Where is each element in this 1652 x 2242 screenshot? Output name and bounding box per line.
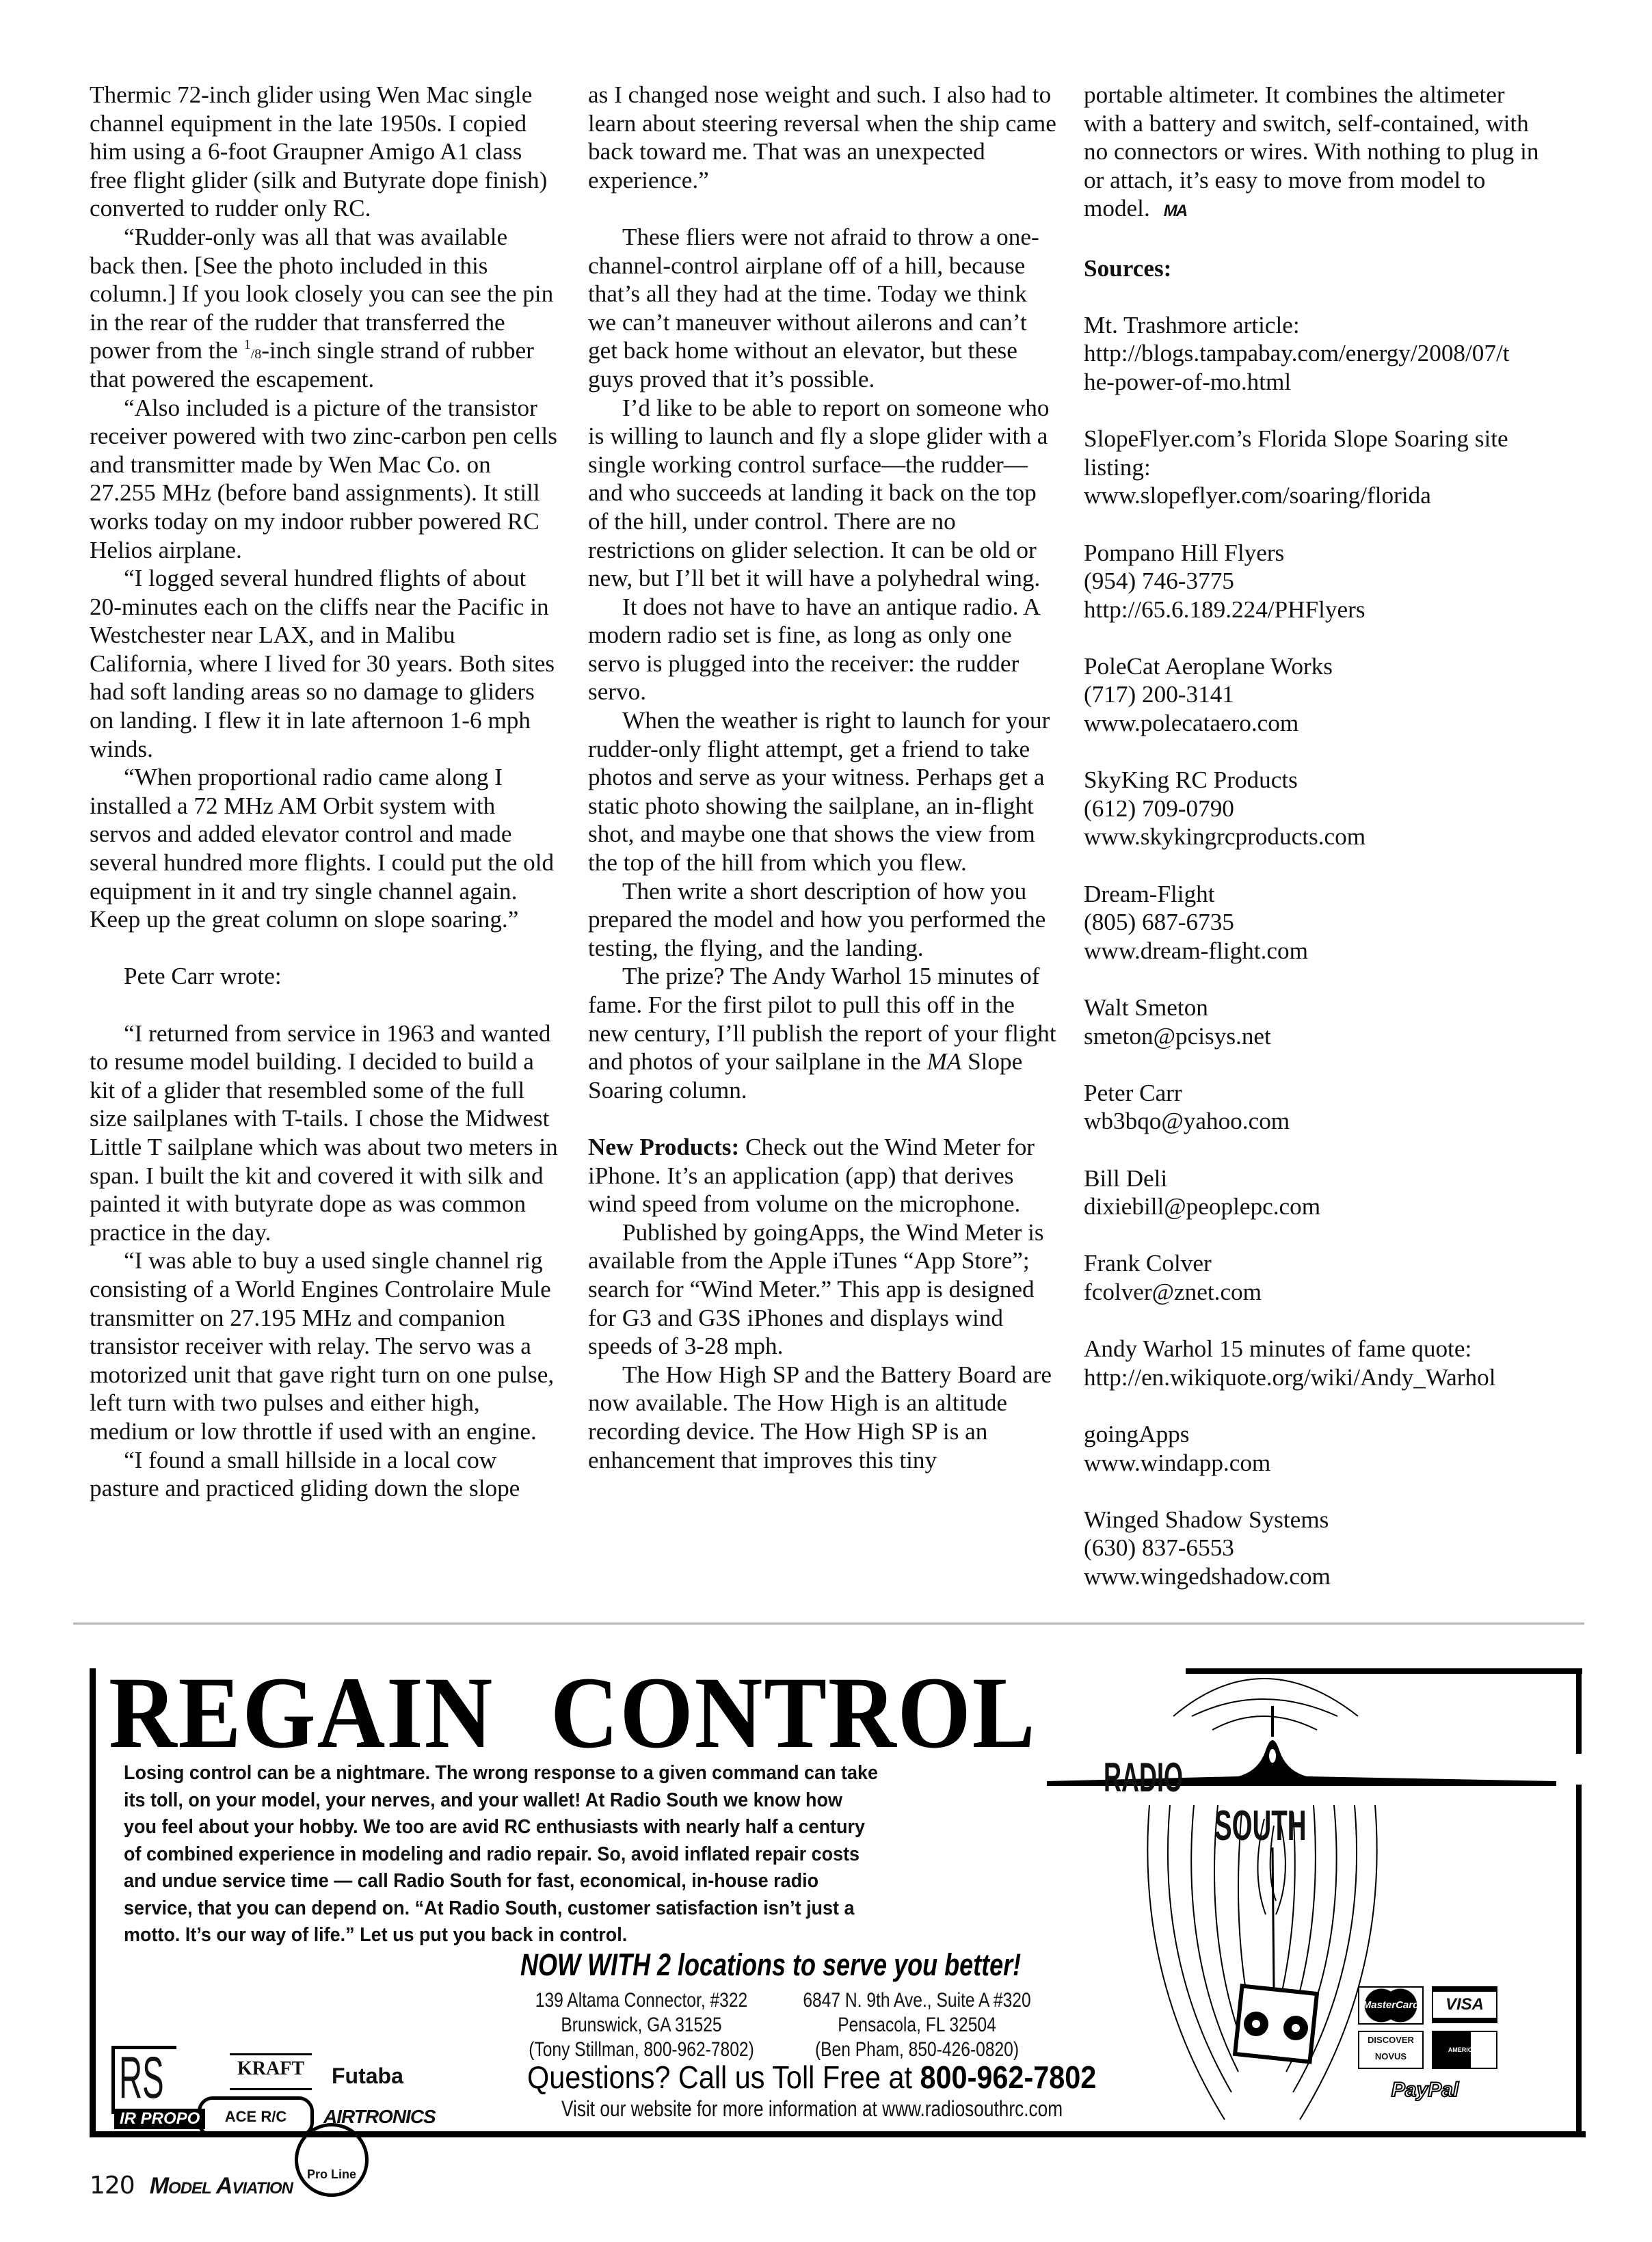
ad-body-line: of combined experience in modeling and r… <box>124 1841 944 1869</box>
paragraph: Published by goingApps, the Wind Meter i… <box>588 1218 1056 1361</box>
article-column-2: as I changed nose weight and such. I als… <box>588 81 1056 1474</box>
source-name: Pompano Hill Flyers <box>1084 539 1552 568</box>
ad-body-line: its toll, on your model, your nerves, an… <box>124 1787 944 1815</box>
mastercard-icon: MasterCard <box>1358 1986 1424 2025</box>
toll-free-phone[interactable]: 800-962-7802 <box>920 2059 1097 2095</box>
toll-free-text: Questions? Call us Toll Free at <box>527 2059 920 2095</box>
section-lead: New Products: <box>588 1134 739 1160</box>
paragraph: “I logged several hundred flights of abo… <box>90 564 558 763</box>
source-entry: Pompano Hill Flyers (954) 746-3775 http:… <box>1084 539 1552 624</box>
ad-headline: REGAINCONTROL <box>109 1662 1037 1764</box>
source-name: SlopeFlyer.com’s Florida Slope Soaring s… <box>1084 425 1552 453</box>
spacer <box>90 991 558 1019</box>
page-footer: 120Model Aviation <box>90 2172 293 2200</box>
contact-line: (Tony Stillman, 800-962-7802) <box>524 2038 759 2062</box>
source-entry: Winged Shadow Systems (630) 837-6553 www… <box>1084 1506 1552 1591</box>
source-entry: Andy Warhol 15 minutes of fame quote: ht… <box>1084 1335 1552 1391</box>
source-name: Frank Colver <box>1084 1249 1552 1278</box>
paragraph: “Also included is a picture of the trans… <box>90 394 558 565</box>
ad-body-text: and undue service time — call <box>124 1870 393 1892</box>
source-entry: Mt. Trashmore article: http://blogs.tamp… <box>1084 311 1552 397</box>
american-express-icon: AMERICAN EXPRESS Cards <box>1432 2031 1497 2069</box>
source-name: goingApps <box>1084 1420 1552 1449</box>
contact-line: (Ben Pham, 850-426-0820) <box>799 2038 1035 2062</box>
source-entry: Walt Smeton smeton@pcisys.net <box>1084 993 1552 1050</box>
spacer <box>90 934 558 963</box>
paragraph: Then write a short description of how yo… <box>588 877 1056 963</box>
futaba-logo: Futaba <box>332 2064 403 2089</box>
source-link[interactable]: www.dream-flight.com <box>1084 937 1552 965</box>
rs-logo-icon: RS <box>111 2046 176 2114</box>
magazine-abbrev: MA <box>927 1048 961 1075</box>
paragraph: Thermic 72-inch glider using Wen Mac sin… <box>90 81 558 223</box>
website-line[interactable]: Visit our website for more information a… <box>561 2096 1063 2121</box>
location-pensacola: 6847 N. 9th Ave., Suite A #320 Pensacola… <box>799 1988 1035 2062</box>
toll-free-line: Questions? Call us Toll Free at 800-962-… <box>527 2060 1096 2094</box>
source-entry: Peter Carr wb3bqo@yahoo.com <box>1084 1079 1552 1136</box>
kraft-logo: KRAFT <box>230 2053 312 2090</box>
source-phone: (805) 687-6735 <box>1084 908 1552 937</box>
source-entry: SkyKing RC Products (612) 709-0790 www.s… <box>1084 766 1552 851</box>
fraction-numerator: 1 <box>244 337 251 352</box>
ad-body-line: you feel about your hobby. We too are av… <box>124 1814 944 1841</box>
ad-border <box>90 1668 96 2137</box>
source-name: Dream-Flight <box>1084 880 1552 909</box>
source-entry: Bill Deli dixiebill@peoplepc.com <box>1084 1164 1552 1221</box>
paragraph: I’d like to be able to report on someone… <box>588 394 1056 593</box>
source-entry: Dream-Flight (805) 687-6735 www.dream-fl… <box>1084 880 1552 965</box>
address-line: Pensacola, FL 32504 <box>799 2013 1035 2038</box>
end-mark-icon: MA <box>1164 202 1186 220</box>
source-entry: SlopeFlyer.com’s Florida Slope Soaring s… <box>1084 425 1552 510</box>
source-link[interactable]: http://65.6.189.224/PHFlyers <box>1084 596 1552 624</box>
ad-body-line: motto. It’s our way of life.” Let us put… <box>124 1922 944 1949</box>
source-link[interactable]: www.polecataero.com <box>1084 709 1552 738</box>
paypal-icon: PayPal <box>1381 2079 1469 2102</box>
attribution-line: Pete Carr wrote: <box>90 962 558 991</box>
ad-body-text: for fast, economical, in-house radio <box>502 1870 818 1892</box>
source-link[interactable]: www.wingedshadow.com <box>1084 1562 1552 1591</box>
spacer <box>588 194 1056 223</box>
source-name: SkyKing RC Products <box>1084 766 1552 795</box>
magazine-name: Model Aviation <box>150 2173 293 2199</box>
section-divider <box>73 1623 1584 1625</box>
page-number: 120 <box>90 2172 135 2200</box>
headline-word: REGAIN <box>109 1656 494 1770</box>
source-name: PoleCat Aeroplane Works <box>1084 652 1552 681</box>
ad-body-line: and undue service time — call Radio Sout… <box>124 1868 944 1895</box>
airplane-radio-waves-icon <box>1033 1668 1580 2133</box>
source-link[interactable]: http://en.wikiquote.org/wiki/Andy_Warhol <box>1084 1363 1552 1392</box>
discover-novus-icon: DISCOVER NOVUS <box>1358 2031 1424 2069</box>
rs-letters: RS <box>119 2046 164 2109</box>
paragraph: The prize? The Andy Warhol 15 minutes of… <box>588 962 1056 1104</box>
source-link[interactable]: www.slopeflyer.com/soaring/florida <box>1084 481 1552 510</box>
paragraph: portable altimeter. It combines the alti… <box>1084 81 1552 226</box>
pro-line-logo: Pro Line <box>295 2123 369 2197</box>
source-entry: PoleCat Aeroplane Works (717) 200-3141 w… <box>1084 652 1552 738</box>
paragraph: It does not have to have an antique radi… <box>588 593 1056 706</box>
sources-heading: Sources: <box>1084 254 1552 283</box>
ace-rc-logo: ACE R/C <box>198 2096 314 2137</box>
source-phone: (954) 746-3775 <box>1084 567 1552 596</box>
paragraph: “Rudder-only was all that was available … <box>90 223 558 394</box>
paragraph: “I returned from service in 1963 and wan… <box>90 1019 558 1247</box>
new-products-paragraph: New Products: Check out the Wind Meter f… <box>588 1133 1056 1218</box>
paragraph: When the weather is right to launch for … <box>588 706 1056 877</box>
source-name: Peter Carr <box>1084 1079 1552 1108</box>
ad-body-bold: Radio South <box>393 1870 502 1892</box>
address-line: Brunswick, GA 31525 <box>524 2013 759 2038</box>
visa-icon: VISA <box>1432 1986 1497 2023</box>
address-line: 6847 N. 9th Ave., Suite A #320 <box>799 1988 1035 2013</box>
source-name: listing: <box>1084 453 1552 482</box>
ad-body-copy: Losing control can be a nightmare. The w… <box>124 1760 944 1949</box>
source-name: Winged Shadow Systems <box>1084 1506 1552 1534</box>
ad-body-line: Losing control can be a nightmare. The w… <box>124 1760 944 1787</box>
source-link[interactable]: www.skykingrcproducts.com <box>1084 823 1552 851</box>
spacer <box>588 1104 1056 1133</box>
locations-title: NOW WITH 2 locations to serve you better… <box>520 1949 1021 1981</box>
fraction-denominator: /8 <box>251 347 262 362</box>
headline-word: CONTROL <box>550 1656 1037 1770</box>
source-link[interactable]: he-power-of-mo.html <box>1084 368 1552 397</box>
article-column-1: Thermic 72-inch glider using Wen Mac sin… <box>90 81 558 1503</box>
paragraph: “I found a small hillside in a local cow… <box>90 1446 558 1503</box>
source-name: Bill Deli <box>1084 1164 1552 1193</box>
address-line: 139 Altama Connector, #322 <box>524 1988 759 2013</box>
ir-propo-logo: IR PROPO <box>114 2109 205 2129</box>
magazine-page: Thermic 72-inch glider using Wen Mac sin… <box>0 0 1652 2242</box>
paragraph: as I changed nose weight and such. I als… <box>588 81 1056 194</box>
source-phone: (630) 837-6553 <box>1084 1534 1552 1562</box>
radio-logo-text: RADIO <box>1104 1757 1183 1798</box>
radio-south-advertisement: REGAINCONTROL <box>90 1668 1586 2137</box>
sources-heading-text: Sources: <box>1084 255 1171 282</box>
location-brunswick: 139 Altama Connector, #322 Brunswick, GA… <box>524 1988 759 2062</box>
paragraph: These fliers were not afraid to throw a … <box>588 223 1056 394</box>
source-name: Walt Smeton <box>1084 993 1552 1022</box>
source-link[interactable]: www.windapp.com <box>1084 1449 1552 1478</box>
source-email[interactable]: wb3bqo@yahoo.com <box>1084 1107 1552 1136</box>
source-email[interactable]: dixiebill@peoplepc.com <box>1084 1192 1552 1221</box>
source-phone: (717) 200-3141 <box>1084 680 1552 709</box>
article-column-3: portable altimeter. It combines the alti… <box>1084 81 1552 1619</box>
source-phone: (612) 709-0790 <box>1084 795 1552 823</box>
source-entry: Frank Colver fcolver@znet.com <box>1084 1249 1552 1306</box>
south-logo-text: SOUTH <box>1214 1805 1307 1847</box>
source-name: Mt. Trashmore article: <box>1084 311 1552 340</box>
source-link[interactable]: http://blogs.tampabay.com/energy/2008/07… <box>1084 339 1552 368</box>
source-email[interactable]: smeton@pcisys.net <box>1084 1022 1552 1051</box>
source-entry: goingApps www.windapp.com <box>1084 1420 1552 1477</box>
paragraph-text: portable altimeter. It combines the alti… <box>1084 81 1538 222</box>
paragraph: The How High SP and the Battery Board ar… <box>588 1361 1056 1474</box>
ad-body-line: service, that you can depend on. “At Rad… <box>124 1895 944 1923</box>
spacer <box>1084 226 1552 254</box>
paragraph: “I was able to buy a used single channel… <box>90 1246 558 1445</box>
spacer <box>1084 282 1552 311</box>
source-email[interactable]: fcolver@znet.com <box>1084 1278 1552 1307</box>
source-name: Andy Warhol 15 minutes of fame quote: <box>1084 1335 1552 1363</box>
paragraph: “When proportional radio came along I in… <box>90 763 558 934</box>
